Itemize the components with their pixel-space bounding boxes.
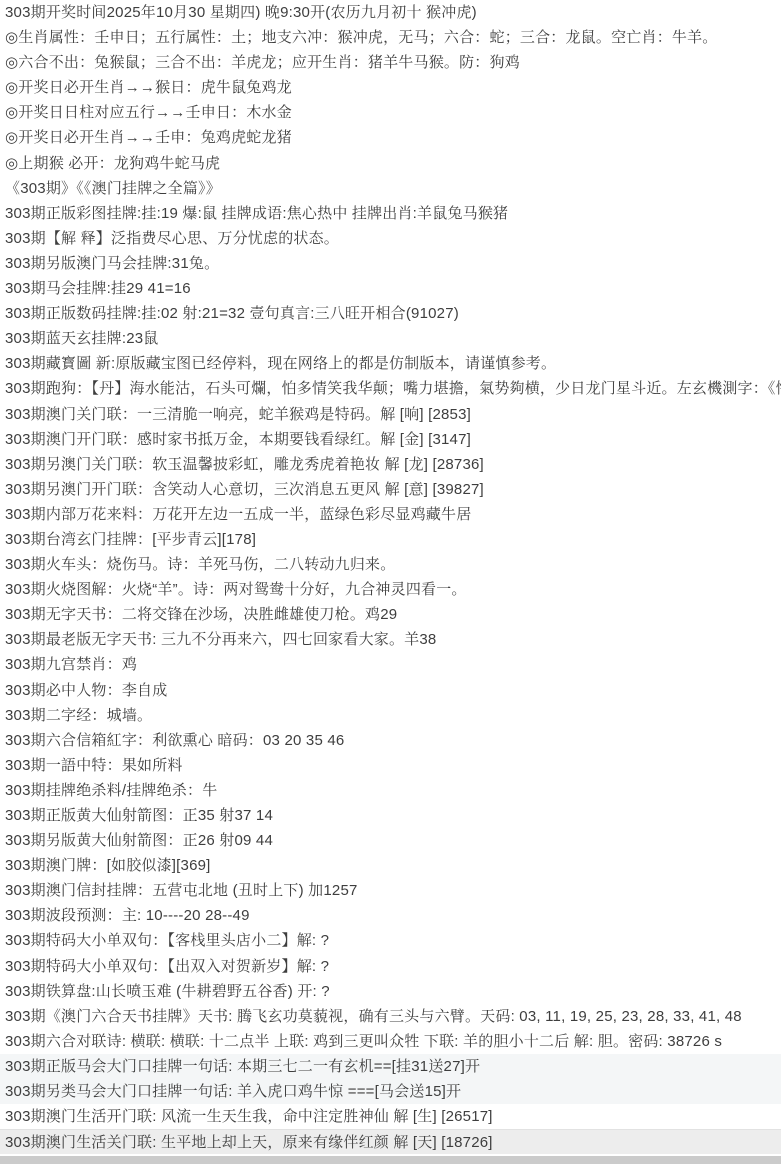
text-line: 303期正版彩图挂牌:挂:19 爆:鼠 挂牌成语:焦心热中 挂牌出肖:羊鼠兔马猴…: [0, 201, 781, 226]
text-line: 303期铁算盘:山长喷玉难 (牛耕碧野五谷香) 开: ?: [0, 979, 781, 1004]
text-line: 303期【解 释】泛指费尽心思、万分忧虑的状态。: [0, 226, 781, 251]
text-line: 303期蓝天玄挂牌:23鼠: [0, 326, 781, 351]
text-line: 303期正版马会大门口挂牌一句话: 本期三七二一有玄机==[挂31送27]开: [0, 1054, 781, 1079]
text-line: 303期跑狗：【丹】海水能沽，石头可爛，怕多情笑我华颠；嘴力堪擔，氣势夠横，少日…: [0, 376, 781, 401]
text-line: 303期正版黄大仙射箭图：正35 射37 14: [0, 803, 781, 828]
text-line: 303期《澳门六合天书挂牌》天书: 腾飞玄功莫藐视，确有三头与六臂。天码: 03…: [0, 1004, 781, 1029]
text-line: 303期另版澳门马会挂牌:31兔。: [0, 251, 781, 276]
text-line: 303期特码大小单双句：【客栈里头店小二】解: ?: [0, 928, 781, 953]
text-line: 303期正版数码挂牌:挂:02 射:21=32 壹句真言:三八旺开相合(9102…: [0, 301, 781, 326]
text-line: ◎上期猴 必开：龙狗鸡牛蛇马虎: [0, 151, 781, 176]
text-line: 303期内部万花来料：万花开左边一五成一半，蓝绿色彩尽显鸡藏牛居: [0, 502, 781, 527]
text-line: 303期九宫禁肖：鸡: [0, 652, 781, 677]
text-line: 303期开奖时间2025年10月30 星期四) 晚9:30开(农历九月初十 猴冲…: [0, 0, 781, 25]
text-line: 303期另版黄大仙射箭图：正26 射09 44: [0, 828, 781, 853]
text-line: 303期澳门生活关门联: 生平地上却上天，原来有缘伴红颜 解 [天] [1872…: [0, 1129, 781, 1154]
text-line: ◎开奖日必开生肖→→壬申：兔鸡虎蛇龙猪: [0, 125, 781, 150]
text-line: ◎开奖日必开生肖→→猴日：虎牛鼠兔鸡龙: [0, 75, 781, 100]
text-line: 303期澳门生活开门联: 风流一生天生我，命中注定胜神仙 解 [生] [2651…: [0, 1104, 781, 1129]
text-line: 303期澳门信封挂牌：五营屯北地 (丑时上下) 加1257: [0, 878, 781, 903]
text-line: 303期澳门开门联：感时家书抵万金，本期要钱看绿红。解 [金] [3147]: [0, 427, 781, 452]
text-line: 《303期》《《澳门挂牌之全篇》》: [0, 176, 781, 201]
text-line: 303期必中人物：李自成: [0, 678, 781, 703]
text-line: 303期挂牌绝杀料/挂牌绝杀：牛: [0, 778, 781, 803]
text-line: 303期藏寳圖 新:原版藏宝图已经停料，现在网络上的都是仿制版本，请谨慎参考。: [0, 351, 781, 376]
text-line: 303期台湾玄门挂牌：[平步青云][178]: [0, 527, 781, 552]
text-line: 303期火车头：烧伤马。诗：羊死马伤，二八转动九归来。: [0, 552, 781, 577]
text-line: 303期六合信箱紅字：利欲熏心 暗码：03 20 35 46: [0, 728, 781, 753]
text-line: 303期另澳门开门联：含笑动人心意切，三次消息五更风 解 [意] [39827]: [0, 477, 781, 502]
text-line: 303期马会挂牌:挂29 41=16: [0, 276, 781, 301]
text-line: 303期六合对联诗: 横联: 横联: 十二点半 上联: 鸡到三更叫众牲 下联: …: [0, 1029, 781, 1054]
text-line: ◎六合不出：兔猴鼠；三合不出：羊虎龙；应开生肖：猪羊牛马猴。防：狗鸡: [0, 50, 781, 75]
text-line: 303期特码大小单双句：【出双入对贺新岁】解: ?: [0, 954, 781, 979]
text-line: 303期一語中特：果如所料: [0, 753, 781, 778]
text-line: ◎生肖属性：壬申日；五行属性：土；地支六冲：猴冲虎，无马；六合：蛇；三合：龙鼠。…: [0, 25, 781, 50]
text-line: 303期另澳门关门联：软玉温馨披彩虹，雕龙秀虎着艳妆 解 [龙] [28736]: [0, 452, 781, 477]
page-bottom-strip: [0, 1156, 781, 1164]
text-line: 303期二字经：城墙。: [0, 703, 781, 728]
text-content: 303期开奖时间2025年10月30 星期四) 晚9:30开(农历九月初十 猴冲…: [0, 0, 781, 1154]
text-line: 303期火烧图解：火烧“羊”。诗：两对鸳鸯十分好，九合神灵四看一。: [0, 577, 781, 602]
text-line: ◎开奖日日柱对应五行→→壬申日：木水金: [0, 100, 781, 125]
text-line: 303期波段预测：主: 10----20 28--49: [0, 903, 781, 928]
text-line: 303期无字天书：二将交锋在沙场，决胜雌雄使刀枪。鸡29: [0, 602, 781, 627]
text-line: 303期澳门关门联：一三清脆一响亮，蛇羊猴鸡是特码。解 [响] [2853]: [0, 402, 781, 427]
text-line: 303期另类马会大门口挂牌一句话: 羊入虎口鸡牛惊 ===[马会送15]开: [0, 1079, 781, 1104]
text-line: 303期最老版无字天书: 三九不分再来六，四七回家看大家。羊38: [0, 627, 781, 652]
text-line: 303期澳门牌：[如胶似漆][369]: [0, 853, 781, 878]
